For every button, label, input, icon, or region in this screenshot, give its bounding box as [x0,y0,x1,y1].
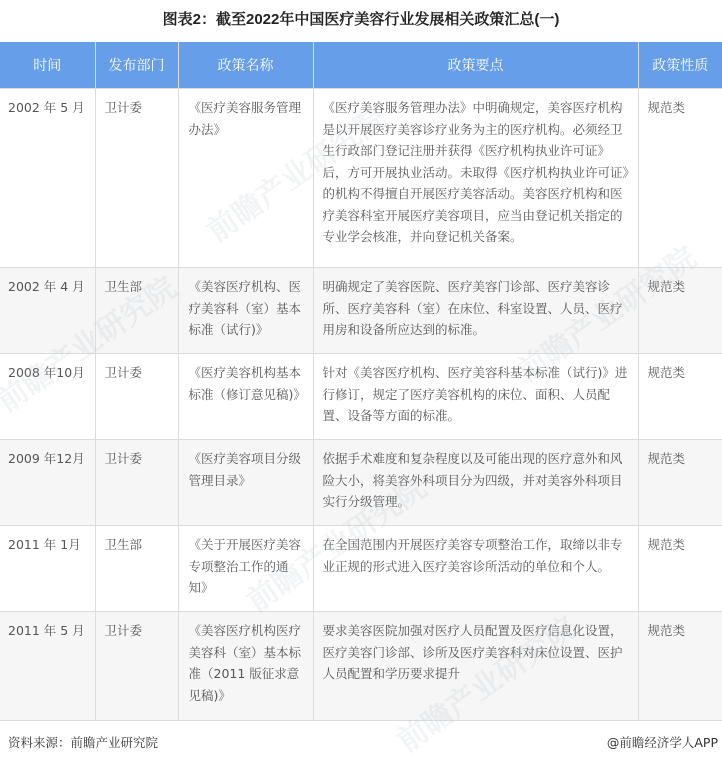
cell-policy-name: 《医疗美容项目分级管理目录》 [178,440,313,526]
cell-policy-nature: 规范类 [638,526,722,612]
cell-policy-nature: 规范类 [638,354,722,440]
cell-policy-nature: 规范类 [638,268,722,354]
cell-policy-points: 要求美容医院加强对医疗人员配置及医疗信息化设置，医疗美容门诊部、诊所及医疗美容科… [313,612,638,721]
cell-department: 卫计委 [95,440,178,526]
cell-policy-points: 依据手术难度和复杂程度以及可能出现的医疗意外和风险大小，将美容外科项目分为四级，… [313,440,638,526]
table-row: 2002 年 4 月 卫生部 《美容医疗机构、医疗美容科（室）基本标准（试行)》… [0,268,722,354]
cell-policy-points: 《医疗美容服务管理办法》中明确规定，美容医疗机构是以开展医疗美容诊疗业务为主的医… [313,89,638,268]
cell-policy-name: 《关于开展医疗美容专项整治工作的通知》 [178,526,313,612]
cell-time: 2002 年 4 月 [0,268,95,354]
cell-time: 2008 年10月 [0,354,95,440]
header-policy-points: 政策要点 [313,42,638,89]
header-department: 发布部门 [95,42,178,89]
table-row: 2011 年 5 月 卫计委 《美容医疗机构医疗美容科（室）基本标准（2011 … [0,612,722,721]
table-row: 2008 年10月 卫计委 《医疗美容机构基本标准（修订意见稿)》 针对《美容医… [0,354,722,440]
cell-department: 卫计委 [95,612,178,721]
cell-policy-nature: 规范类 [638,440,722,526]
cell-department: 卫生部 [95,268,178,354]
table-row: 2011 年 1月 卫生部 《关于开展医疗美容专项整治工作的通知》 在全国范围内… [0,526,722,612]
cell-policy-points: 针对《美容医疗机构、医疗美容科基本标准（试行)》进行修订，规定了医疗美容机构的床… [313,354,638,440]
policy-table: 时间 发布部门 政策名称 政策要点 政策性质 2002 年 5 月 卫计委 《医… [0,42,722,721]
table-row: 2009 年12月 卫计委 《医疗美容项目分级管理目录》 依据手术难度和复杂程度… [0,440,722,526]
cell-policy-name: 《美容医疗机构医疗美容科（室）基本标准（2011 版征求意见稿)》 [178,612,313,721]
cell-department: 卫计委 [95,89,178,268]
cell-policy-nature: 规范类 [638,89,722,268]
cell-department: 卫生部 [95,526,178,612]
cell-time: 2011 年 5 月 [0,612,95,721]
cell-policy-points: 明确规定了美容医院、医疗美容门诊部、医疗美容诊所、医疗美容科（室）在床位、科室设… [313,268,638,354]
source-note: 资料来源：前瞻产业研究院 [8,733,158,751]
header-time: 时间 [0,42,95,89]
cell-department: 卫计委 [95,354,178,440]
cell-time: 2002 年 5 月 [0,89,95,268]
cell-policy-points: 在全国范围内开展医疗美容专项整治工作，取缔以非专业正规的形式进入医疗美容诊所活动… [313,526,638,612]
cell-time: 2011 年 1月 [0,526,95,612]
header-policy-nature: 政策性质 [638,42,722,89]
header-policy-name: 政策名称 [178,42,313,89]
cell-policy-name: 《医疗美容服务管理办法》 [178,89,313,268]
cell-policy-name: 《美容医疗机构、医疗美容科（室）基本标准（试行)》 [178,268,313,354]
table-row: 2002 年 5 月 卫计委 《医疗美容服务管理办法》 《医疗美容服务管理办法》… [0,89,722,268]
chart-title: 图表2：截至2022年中国医疗美容行业发展相关政策汇总(一) [0,8,722,29]
cell-policy-name: 《医疗美容机构基本标准（修订意见稿)》 [178,354,313,440]
credit-note: @前瞻经济学人APP [607,733,718,751]
table-header-row: 时间 发布部门 政策名称 政策要点 政策性质 [0,42,722,89]
cell-time: 2009 年12月 [0,440,95,526]
cell-policy-nature: 规范类 [638,612,722,721]
